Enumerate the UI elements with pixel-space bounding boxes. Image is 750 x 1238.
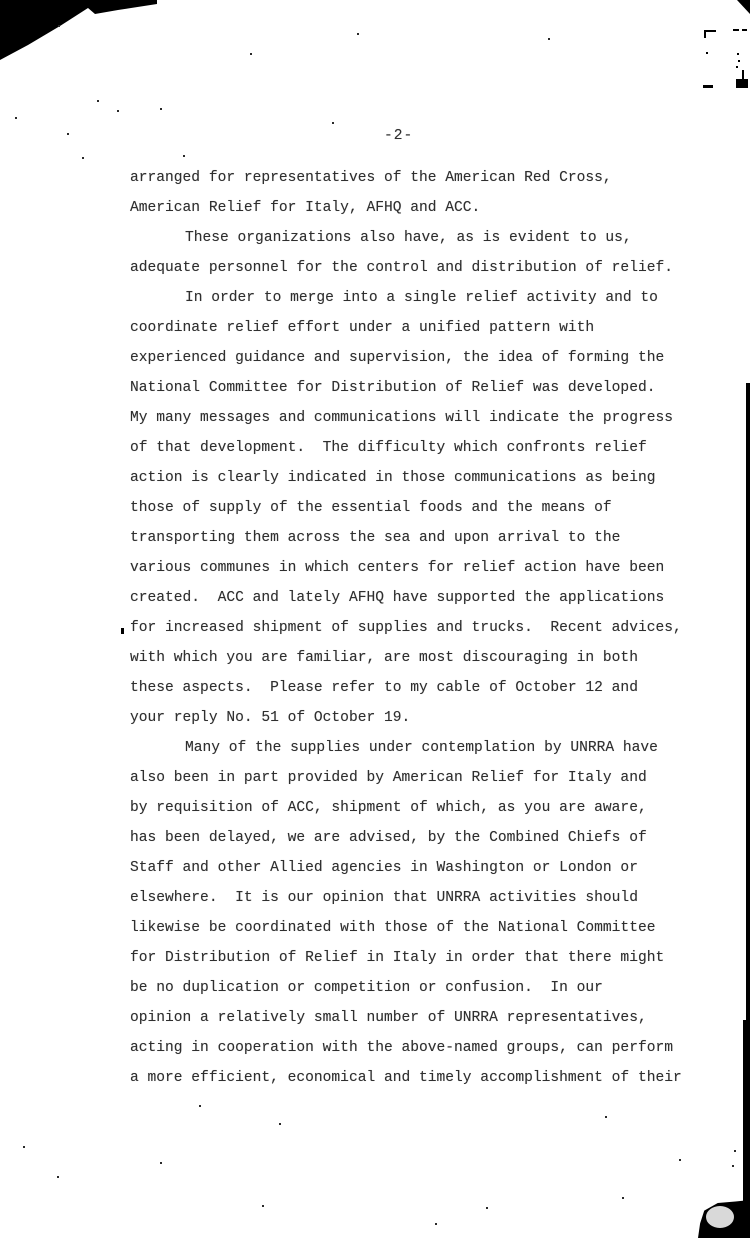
scan-dot xyxy=(732,1165,734,1167)
scan-dot xyxy=(679,1159,681,1161)
text-line: those of supply of the essential foods a… xyxy=(130,493,700,523)
text-line: experienced guidance and supervision, th… xyxy=(130,343,700,373)
scan-dot xyxy=(622,1197,624,1199)
scan-speckle xyxy=(742,70,744,79)
text-line: These organizations also have, as is evi… xyxy=(130,223,700,253)
text-line: arranged for representatives of the Amer… xyxy=(130,163,700,193)
scan-speckle xyxy=(703,85,713,88)
text-line: be no duplication or competition or conf… xyxy=(130,973,700,1003)
scan-speckle xyxy=(738,60,740,62)
scan-speckle xyxy=(733,29,739,31)
scan-speckle xyxy=(706,52,708,54)
scan-dot xyxy=(435,1223,437,1225)
text-line: action is clearly indicated in those com… xyxy=(130,463,700,493)
text-line: of that development. The difficulty whic… xyxy=(130,433,700,463)
scan-dot xyxy=(548,38,550,40)
text-line: likewise be coordinated with those of th… xyxy=(130,913,700,943)
scan-dot xyxy=(82,157,84,159)
text-line: acting in cooperation with the above-nam… xyxy=(130,1033,700,1063)
scan-speckle xyxy=(736,79,748,88)
text-line: by requisition of ACC, shipment of which… xyxy=(130,793,700,823)
text-line: My many messages and communications will… xyxy=(130,403,700,433)
scan-dot xyxy=(160,1162,162,1164)
scan-dot xyxy=(279,1123,281,1125)
text-line: American Relief for Italy, AFHQ and ACC. xyxy=(130,193,700,223)
page-number: -2- xyxy=(384,126,413,146)
text-line: transporting them across the sea and upo… xyxy=(130,523,700,553)
body-text: arranged for representatives of the Amer… xyxy=(130,163,700,1093)
scan-speckle xyxy=(736,66,738,68)
scan-dot xyxy=(58,25,60,27)
scan-speckle xyxy=(704,30,706,38)
text-line: with which you are familiar, are most di… xyxy=(130,643,700,673)
scan-dot xyxy=(486,1207,488,1209)
scan-speckle xyxy=(742,29,747,31)
text-line: various communes in which centers for re… xyxy=(130,553,700,583)
text-line: adequate personnel for the control and d… xyxy=(130,253,700,283)
text-line: also been in part provided by American R… xyxy=(130,763,700,793)
text-line: created. ACC and lately AFHQ have suppor… xyxy=(130,583,700,613)
document-page: -2- arranged for representatives of the … xyxy=(0,0,750,1238)
scan-dot xyxy=(250,53,252,55)
text-line: these aspects. Please refer to my cable … xyxy=(130,673,700,703)
text-line: Many of the supplies under contemplation… xyxy=(130,733,700,763)
scan-dot xyxy=(97,100,99,102)
scan-dot xyxy=(199,1105,201,1107)
scan-speckle xyxy=(737,53,739,55)
text-line: for increased shipment of supplies and t… xyxy=(130,613,700,643)
text-line: In order to merge into a single relief a… xyxy=(130,283,700,313)
text-line: coordinate relief effort under a unified… xyxy=(130,313,700,343)
scan-dot xyxy=(67,133,69,135)
scan-dot xyxy=(734,1150,736,1152)
scan-artifact-top-left-corner xyxy=(0,0,158,60)
scan-dot xyxy=(160,108,162,110)
scan-dot xyxy=(23,1146,25,1148)
scan-dot xyxy=(117,110,119,112)
scan-artifact-bottom-right-blob-hole xyxy=(706,1206,734,1228)
text-line: for Distribution of Relief in Italy in o… xyxy=(130,943,700,973)
scan-dot xyxy=(262,1205,264,1207)
text-line: elsewhere. It is our opinion that UNRRA … xyxy=(130,883,700,913)
scan-artifact-top-right-corner xyxy=(737,0,750,14)
scan-dot xyxy=(57,1176,59,1178)
text-line: a more efficient, economical and timely … xyxy=(130,1063,700,1093)
text-line: Staff and other Allied agencies in Washi… xyxy=(130,853,700,883)
scan-dot xyxy=(183,155,185,157)
scan-dot xyxy=(15,117,17,119)
scan-dot xyxy=(605,1116,607,1118)
text-line: National Committee for Distribution of R… xyxy=(130,373,700,403)
scan-dot xyxy=(332,122,334,124)
scan-speckle xyxy=(121,628,124,634)
text-line: opinion a relatively small number of UNR… xyxy=(130,1003,700,1033)
scan-dot xyxy=(357,33,359,35)
text-line: has been delayed, we are advised, by the… xyxy=(130,823,700,853)
text-line: your reply No. 51 of October 19. xyxy=(130,703,700,733)
